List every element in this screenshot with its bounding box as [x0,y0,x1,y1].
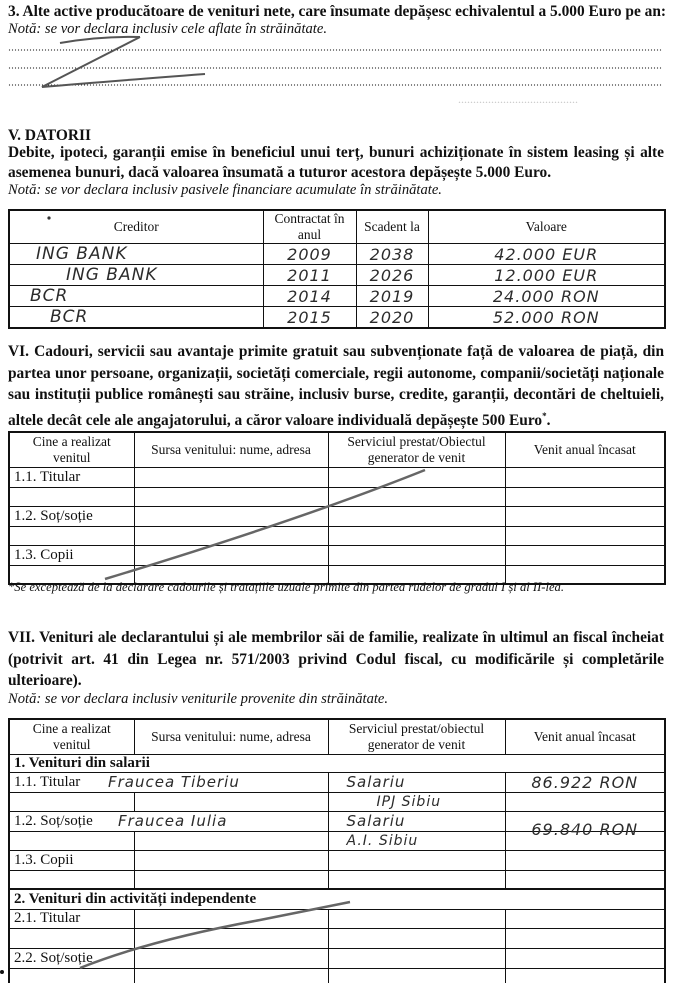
row-label: 2.2. Soț/soție [9,948,134,968]
section5-note: Notă: se vor declara inclusiv pasivele f… [8,181,442,199]
section6-description: VI. Cadouri, servicii sau avantaje primi… [8,341,664,431]
table-row: 1.2. Soț/soție [9,506,665,526]
creditor-value: ING BANK [14,265,157,285]
group-title-salaries: 1. Venituri din salarii [9,754,665,772]
value-amount: 52.000 RON [493,308,600,327]
col-header-income: Venit anual încasat [505,719,665,754]
col-header-who: Cine a realizat venitul [9,719,134,754]
dotted-line [8,84,662,86]
year-value: 2015 [287,308,332,327]
creditor-value: ING BANK [14,244,127,264]
due-value: 2019 [370,287,415,306]
section5-description: Debite, ipoteci, garanții emise în benef… [8,143,664,182]
col-header-source: Sursa venitului: nume, adresa [134,719,328,754]
table-row [9,487,665,506]
section3-note: Notă: se vor declara inclusiv cele aflat… [8,20,327,38]
row-label: 1.3. Copii [9,545,134,565]
row-label: 2.1. Titular [9,909,134,928]
due-value: 2020 [370,308,415,327]
col-header-who: Cine a realizat venitul [9,432,134,467]
col-header-service: Serviciul prestat/obiectul generator de … [328,719,505,754]
source-value: Fraucea Iulia [118,812,227,830]
col-header-contracted-year: Contractat în anul [263,210,356,244]
service-value: Salariu [333,812,406,830]
table-row: 1.3. Copii [9,545,665,565]
service-detail: IPJ Sibiu [333,794,442,810]
service-value: Salariu [333,773,406,791]
table-row [9,928,665,948]
table-row: IPJ Sibiu [9,792,665,811]
debts-table: Creditor Contractat în anul Scadent la V… [8,209,666,329]
table-row [9,968,665,983]
row-label: 1.1. Titular [9,467,134,487]
col-header-income: Venit anual încasat [505,432,665,467]
income-table: Cine a realizat venitul Sursa venitului:… [8,718,666,983]
table-row: 1.2. Soț/soție Fraucea Iulia Salariu 69.… [9,811,665,831]
section6-text: VI. Cadouri, servicii sau avantaje primi… [8,343,664,429]
due-value: 2026 [370,266,415,285]
row-label: 1.2. Soț/soție [9,811,134,831]
source-value: Fraucea Tiberiu [108,773,240,791]
year-value: 2011 [287,266,332,285]
group-title-independent: 2. Venituri din activități independente [9,889,665,909]
table-row: BCR 2014 2019 24.000 RON [9,286,665,307]
value-amount: 24.000 RON [493,287,600,306]
table-row: BCR 2015 2020 52.000 RON [9,307,665,329]
table-row: 1.3. Copii [9,850,665,870]
income-value: 86.922 RON [531,773,638,792]
table-row [9,870,665,889]
table-row: 1.1. Titular Fraucea Tiberiu Salariu 86.… [9,772,665,792]
gifts-table: Cine a realizat venitul Sursa venitului:… [8,431,666,585]
service-detail: A.I. Sibiu [333,833,419,849]
value-amount: 42.000 EUR [494,245,598,264]
ink-dot [0,970,4,974]
creditor-value: BCR [14,307,88,327]
section3-title: 3. Alte active producătoare de venituri … [8,2,687,21]
table-row: ING BANK 2011 2026 12.000 EUR [9,265,665,286]
value-amount: 12.000 EUR [494,266,598,285]
table-row: ING BANK 2009 2038 42.000 EUR [9,244,665,265]
col-header-value: Valoare [428,210,665,244]
dotted-line [8,67,662,69]
year-value: 2009 [287,245,332,264]
year-value: 2014 [287,287,332,306]
row-label: 1.3. Copii [9,850,134,870]
section6-footnote: *Se exceptează de la declarare cadourile… [8,580,564,595]
table-row: 2.1. Titular [9,909,665,928]
bleed-through-text: ........................................ [458,92,578,107]
row-label: 1.2. Soț/soție [9,506,134,526]
section7-note: Notă: se vor declara inclusiv veniturile… [8,690,388,708]
table-row [9,526,665,545]
income-value: 69.840 RON [531,820,638,839]
creditor-value: BCR [14,286,68,306]
section7-description: VII. Venituri ale declarantului și ale m… [8,627,664,692]
pen-stroke [42,37,205,87]
table-row: 2.2. Soț/soție [9,948,665,968]
col-header-service: Serviciul prestat/Obiectul generator de … [328,432,505,467]
col-header-source: Sursa venitului: nume, adresa [134,432,328,467]
due-value: 2038 [370,245,415,264]
col-header-due: Scadent la [356,210,428,244]
table-row: 1.1. Titular [9,467,665,487]
dotted-line [8,49,662,51]
col-header-creditor: Creditor [9,210,263,244]
